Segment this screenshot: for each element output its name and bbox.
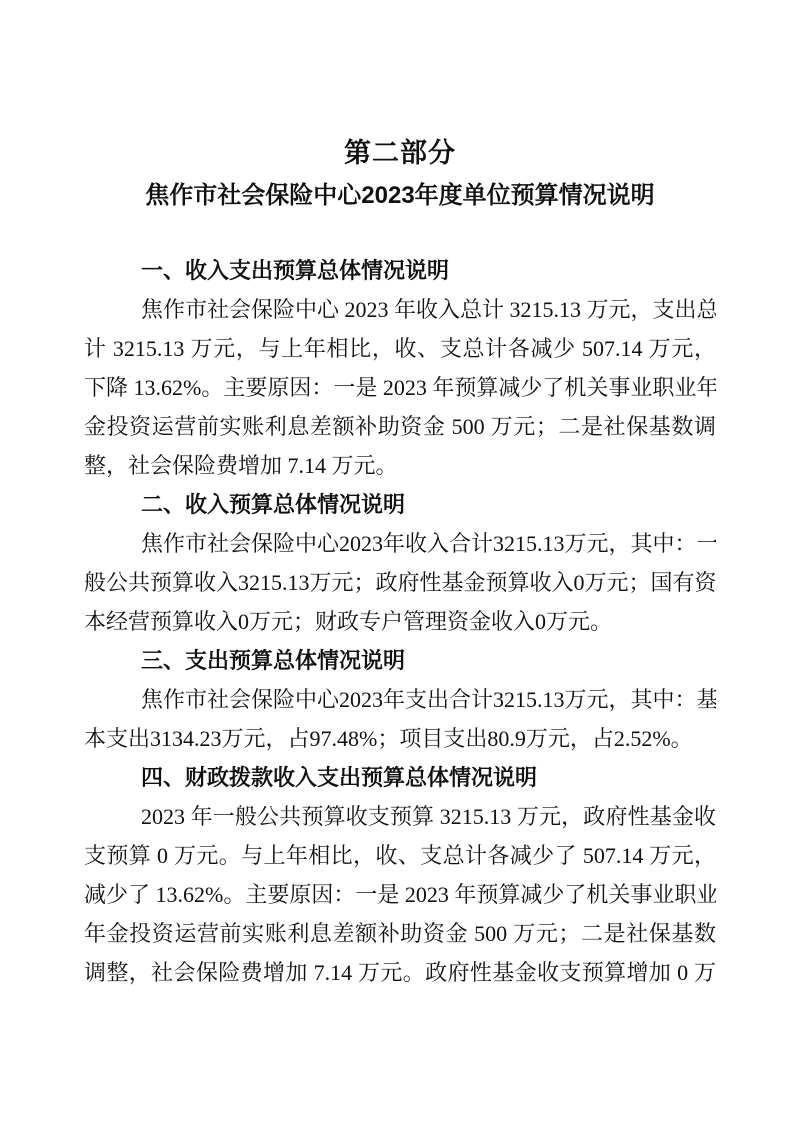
paragraph-line: 焦作市社会保险中心2023年支出合计3215.13万元，其中：基 (84, 680, 716, 719)
paragraph-line: 本经营预算收入0万元；财政专户管理资金收入0万元。 (84, 602, 716, 641)
paragraph-line: 整，社会保险费增加 7.14 万元。 (84, 446, 716, 485)
section: 三、支出预算总体情况说明焦作市社会保险中心2023年支出合计3215.13万元，… (84, 641, 716, 758)
paragraph-line: 调整，社会保险费增加 7.14 万元。政府性基金收支预算增加 0 万 (84, 953, 716, 992)
part-title: 第二部分 (84, 138, 716, 168)
paragraph-line: 计 3215.13 万元，与上年相比，收、支总计各减少 507.14 万元， (84, 329, 716, 368)
paragraph: 焦作市社会保险中心2023年收入合计3215.13万元，其中：一般公共预算收入3… (84, 524, 716, 641)
paragraph-line: 本支出3134.23万元，占97.48%；项目支出80.9万元，占2.52%。 (84, 719, 716, 758)
section: 四、财政拨款收入支出预算总体情况说明2023 年一般公共预算收支预算 3215.… (84, 758, 716, 992)
paragraph-line: 2023 年一般公共预算收支预算 3215.13 万元，政府性基金收 (84, 797, 716, 836)
section-heading: 三、支出预算总体情况说明 (84, 641, 716, 680)
paragraph-line: 金投资运营前实账利息差额补助资金 500 万元；二是社保基数调 (84, 407, 716, 446)
paragraph: 2023 年一般公共预算收支预算 3215.13 万元，政府性基金收支预算 0 … (84, 797, 716, 992)
document-page: 第二部分 焦作市社会保险中心2023年度单位预算情况说明 一、收入支出预算总体情… (0, 0, 793, 1122)
document-title: 焦作市社会保险中心2023年度单位预算情况说明 (84, 182, 716, 210)
paragraph-line: 下降 13.62%。主要原因：一是 2023 年预算减少了机关事业职业年 (84, 368, 716, 407)
section-heading: 四、财政拨款收入支出预算总体情况说明 (84, 758, 716, 797)
section: 二、收入预算总体情况说明焦作市社会保险中心2023年收入合计3215.13万元，… (84, 485, 716, 641)
paragraph-line: 焦作市社会保险中心2023年收入合计3215.13万元，其中：一 (84, 524, 716, 563)
document-body: 一、收入支出预算总体情况说明焦作市社会保险中心 2023 年收入总计 3215.… (84, 251, 716, 992)
paragraph-line: 支预算 0 万元。与上年相比，收、支总计各减少了 507.14 万元， (84, 836, 716, 875)
paragraph: 焦作市社会保险中心 2023 年收入总计 3215.13 万元，支出总计 321… (84, 290, 716, 485)
section-heading: 二、收入预算总体情况说明 (84, 485, 716, 524)
section-heading: 一、收入支出预算总体情况说明 (84, 251, 716, 290)
section: 一、收入支出预算总体情况说明焦作市社会保险中心 2023 年收入总计 3215.… (84, 251, 716, 485)
paragraph-line: 般公共预算收入3215.13万元；政府性基金预算收入0万元；国有资 (84, 563, 716, 602)
paragraph-line: 焦作市社会保险中心 2023 年收入总计 3215.13 万元，支出总 (84, 290, 716, 329)
paragraph-line: 年金投资运营前实账利息差额补助资金 500 万元；二是社保基数 (84, 914, 716, 953)
paragraph: 焦作市社会保险中心2023年支出合计3215.13万元，其中：基本支出3134.… (84, 680, 716, 758)
paragraph-line: 减少了 13.62%。主要原因：一是 2023 年预算减少了机关事业职业 (84, 875, 716, 914)
